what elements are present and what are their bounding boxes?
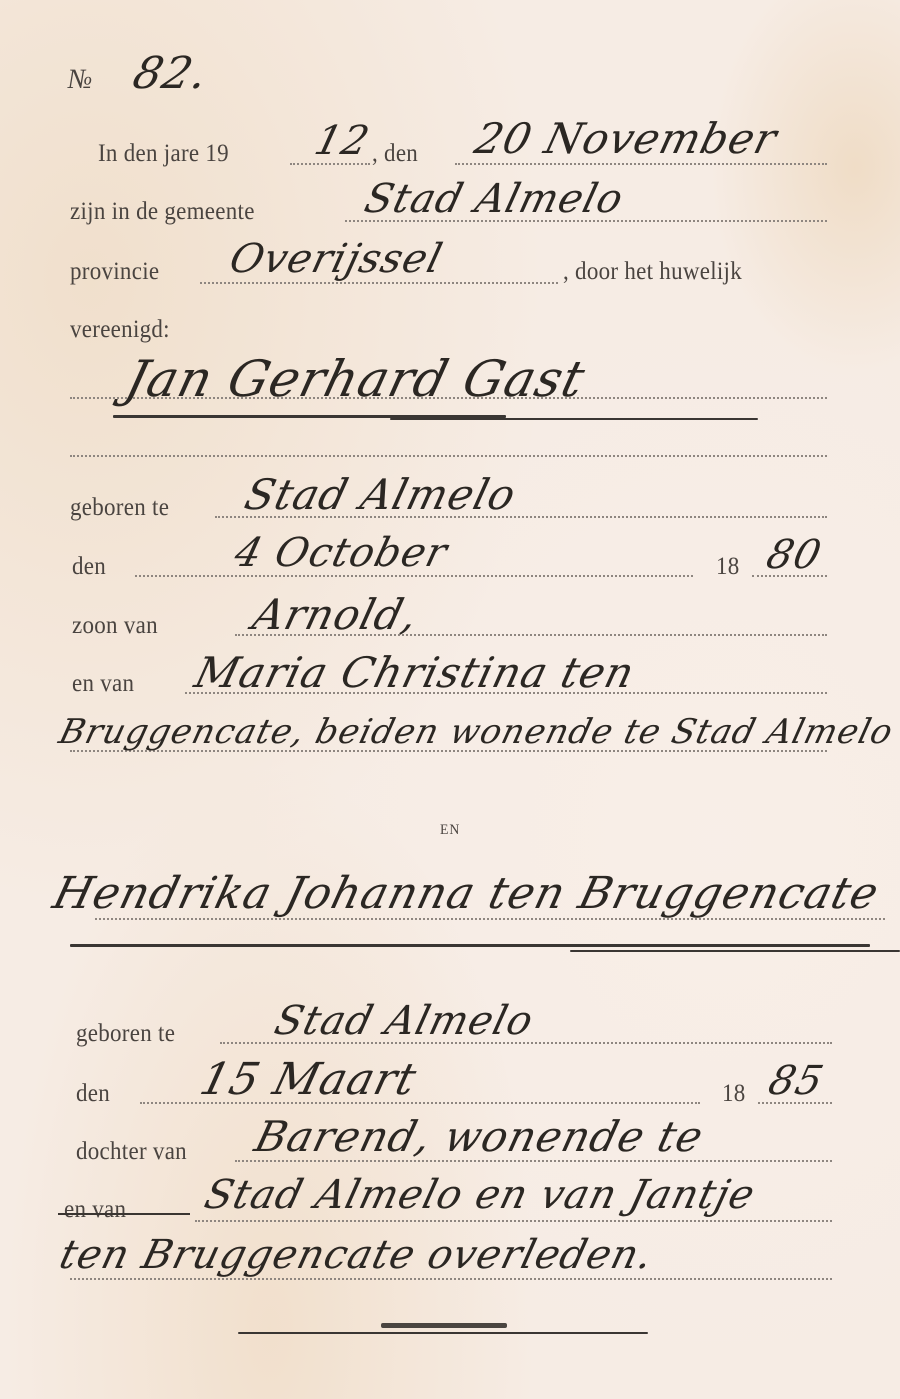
label-geboren-te: geboren te xyxy=(76,1020,175,1048)
certificate-number: 82. xyxy=(128,48,214,99)
label-geboren-te: geboren te xyxy=(70,494,169,522)
number-symbol: № xyxy=(68,64,93,96)
marriage-date: 20 November xyxy=(470,114,782,163)
dotted-line xyxy=(195,1220,832,1222)
dotted-line xyxy=(200,282,558,284)
label-huwelijk: , door het huwelijk xyxy=(563,258,742,286)
underline-rule xyxy=(70,944,870,947)
groom-birthplace: Stad Almelo xyxy=(240,470,521,519)
label-den: , den xyxy=(372,140,418,168)
label-vereenigd: vereenigd: xyxy=(70,316,170,344)
label-year-prefix: 18 xyxy=(722,1080,746,1108)
bride-birth-date: 15 Maart xyxy=(195,1054,422,1105)
groom-birth-date: 4 October xyxy=(230,530,452,576)
provincie-value: Overijssel xyxy=(225,236,447,282)
label-en-van-struck: en van xyxy=(64,1196,126,1224)
groom-mother-line2: Bruggencate, beiden wonende te Stad Alme… xyxy=(55,712,897,752)
label-year-prefix: 18 xyxy=(716,553,740,581)
marriage-year: 12 xyxy=(310,118,374,164)
label-gemeente: zijn in de gemeente xyxy=(70,198,255,226)
label-provincie: provincie xyxy=(70,258,159,286)
groom-birth-year: 80 xyxy=(762,532,826,578)
label-den: den xyxy=(72,553,106,581)
bride-mother-line2: ten Bruggencate overleden. xyxy=(55,1232,658,1278)
marriage-certificate-page: № 82. In den jare 19 12 , den 20 Novembe… xyxy=(0,0,900,1399)
groom-mother-line1: Maria Christina ten xyxy=(190,648,640,697)
groom-name: Jan Gerhard Gast xyxy=(120,350,591,408)
label-zoon-van: zoon van xyxy=(72,612,158,640)
underline-rule xyxy=(570,950,900,952)
closing-rule xyxy=(238,1332,648,1334)
gemeente-value: Stad Almelo xyxy=(360,176,628,222)
strikethrough-line xyxy=(58,1213,190,1215)
label-dochter-van: dochter van xyxy=(76,1138,187,1166)
underline-rule xyxy=(390,418,758,420)
groom-father: Arnold, xyxy=(248,590,424,639)
label-en-van: en van xyxy=(72,670,134,698)
label-en-separator: EN xyxy=(440,822,460,839)
bride-mother-line1: Stad Almelo en van Jantje xyxy=(200,1172,760,1218)
bride-father: Barend, wonende te xyxy=(250,1112,709,1161)
dotted-line xyxy=(70,1278,832,1280)
bride-birth-year: 85 xyxy=(764,1058,828,1104)
dotted-line xyxy=(70,455,827,457)
label-den: den xyxy=(76,1080,110,1108)
bride-birthplace: Stad Almelo xyxy=(270,998,538,1044)
closing-flourish xyxy=(381,1323,507,1328)
dotted-line xyxy=(455,163,827,165)
bride-name: Hendrika Johanna ten Bruggencate xyxy=(48,868,884,919)
label-in-den-jare: In den jare 19 xyxy=(98,140,229,168)
